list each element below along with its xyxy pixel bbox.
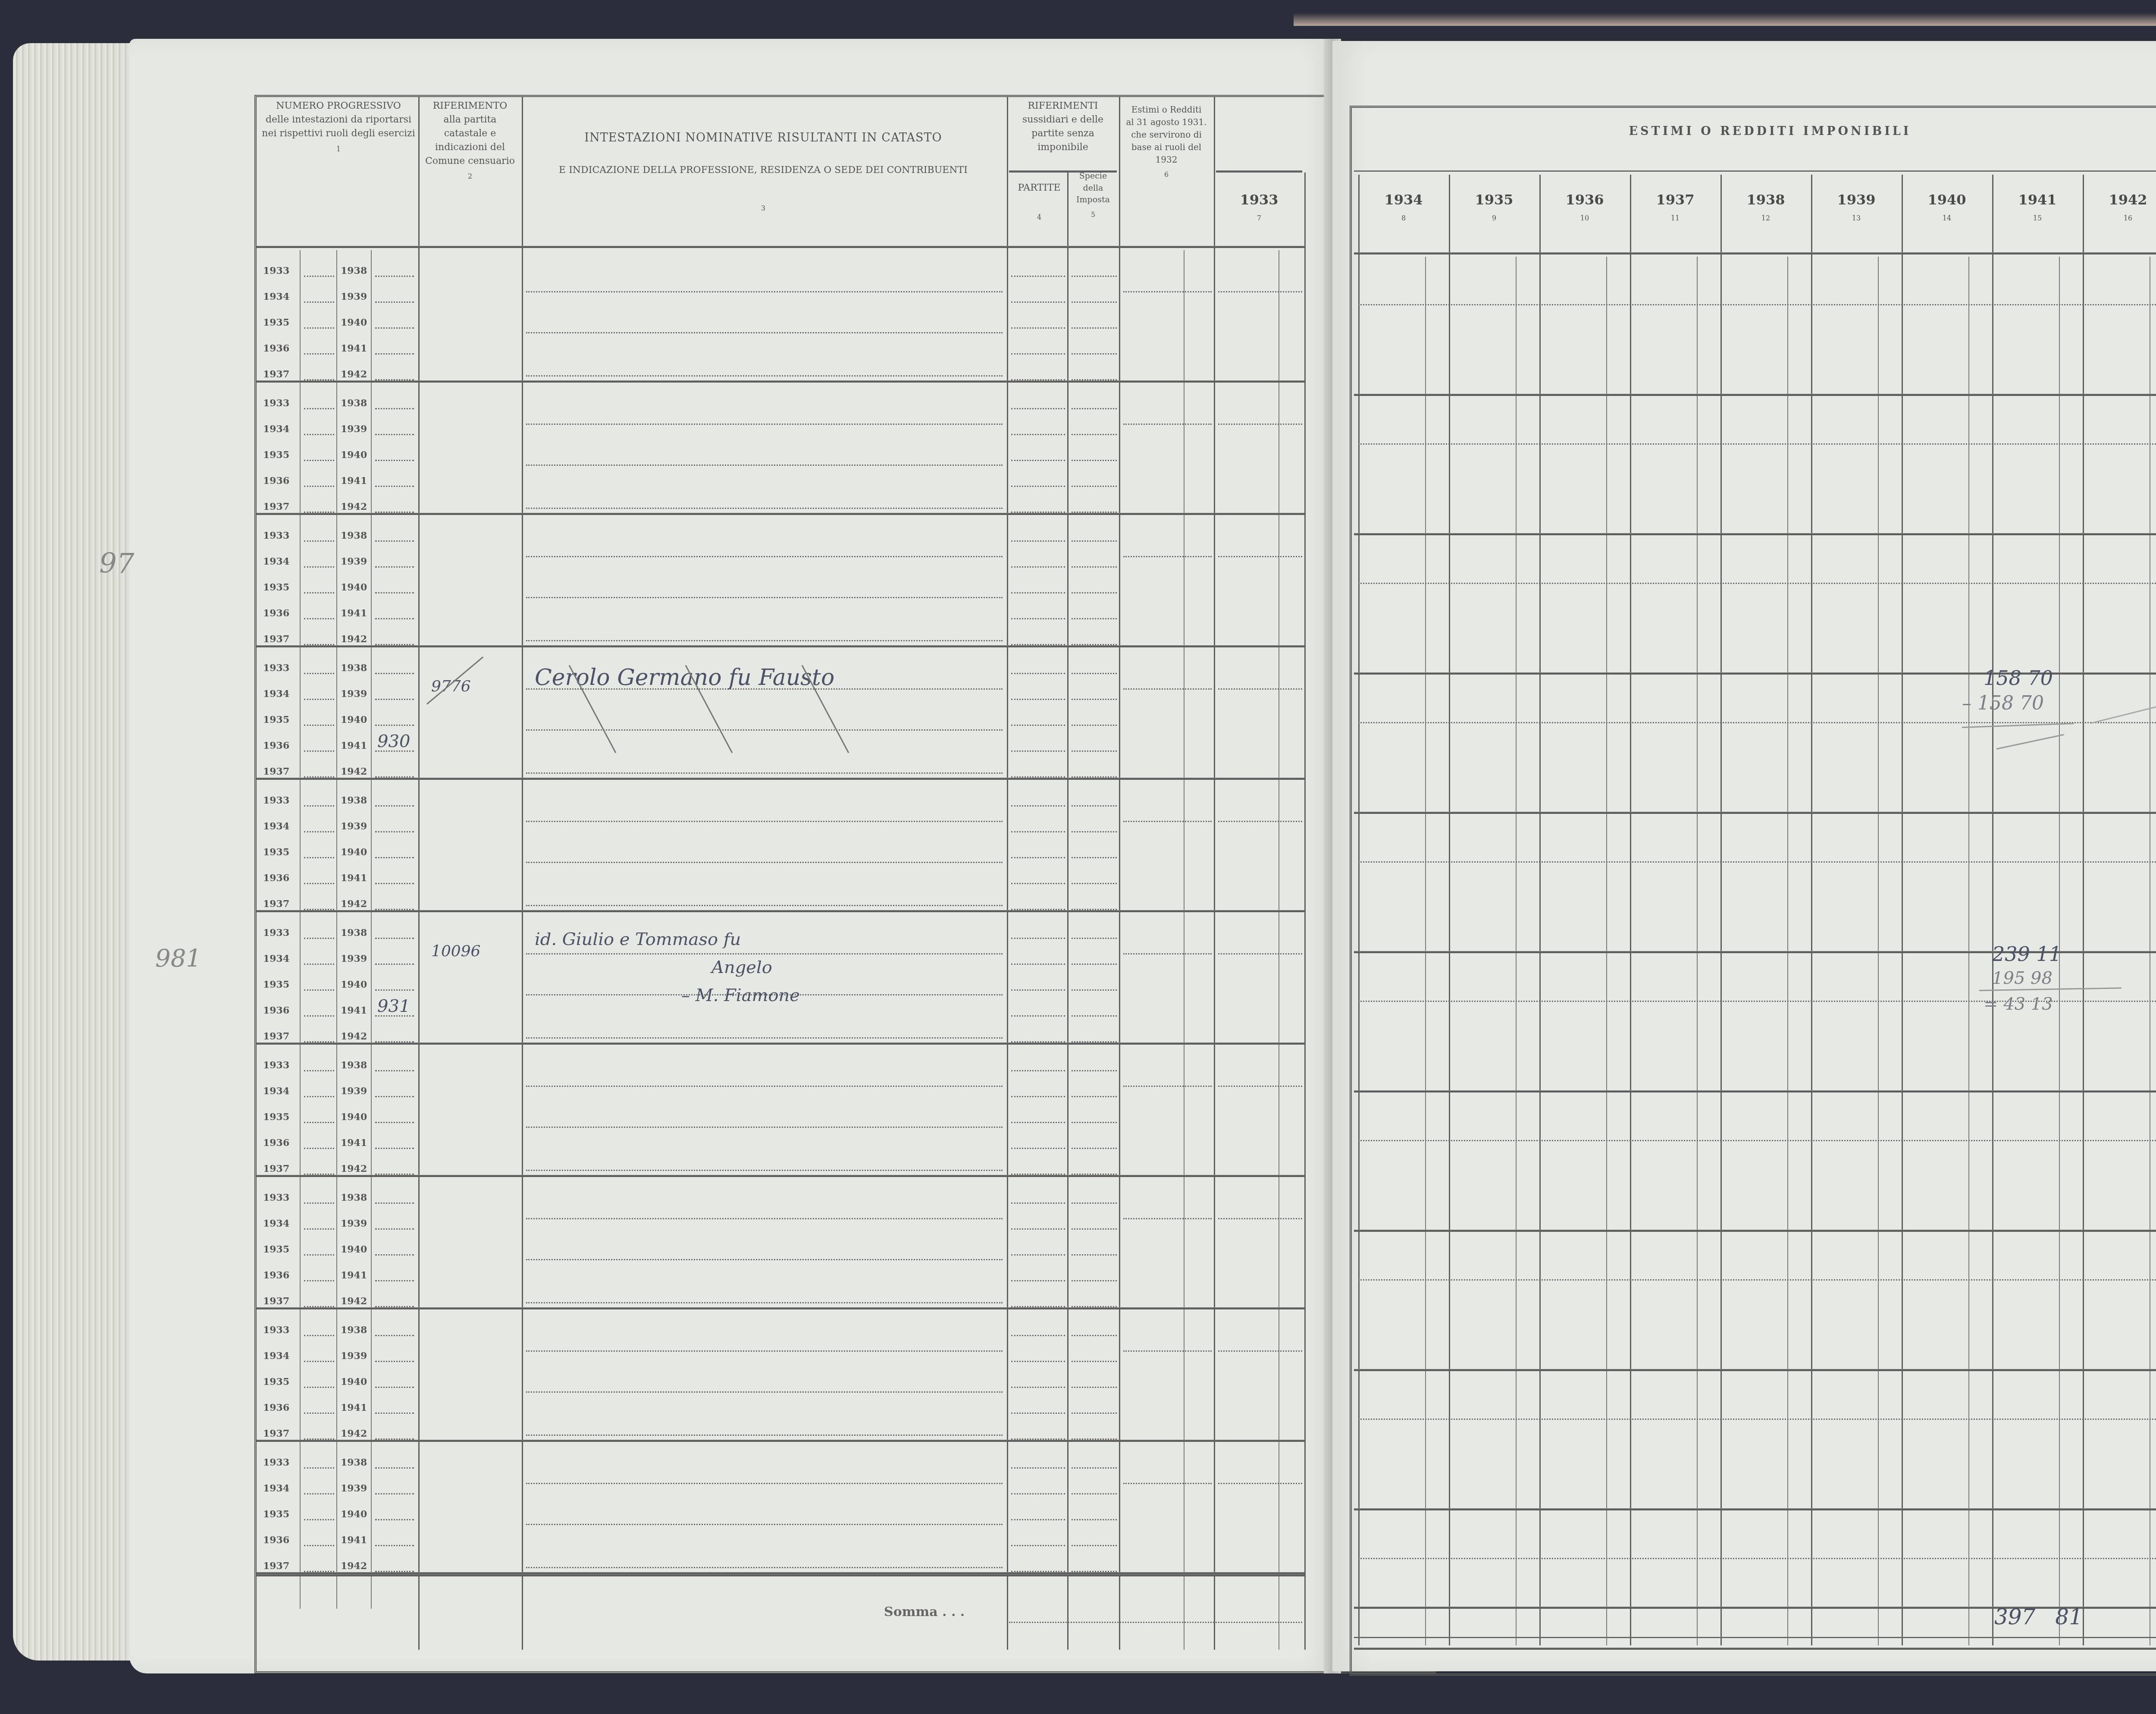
dotted-line [1011,1148,1065,1149]
year-label: 1939 [341,1218,367,1229]
year-label: 1942 [341,1428,367,1439]
dotted-line [1072,301,1117,303]
column-number: 2 [423,171,517,181]
dotted-line [526,1524,1003,1525]
dotted-line [1072,673,1117,674]
dotted-line [1072,1361,1117,1362]
dotted-line [1011,989,1065,991]
dotted-line [1011,1280,1065,1281]
dotted-line [304,486,334,487]
header-subtitle: sussidiari e delle partite senza imponib… [1009,113,1117,154]
dotted-line [1218,424,1302,425]
intestazione-line: – M. Fiamone [681,986,800,1005]
year-label: 1942 [341,501,367,512]
year-label: 1938 [341,1192,367,1203]
dotted-line [1072,592,1117,593]
year-label: 1941 [341,740,367,751]
year-label: 1936 [263,475,289,487]
year-label: 1939 [341,291,367,302]
year-label: 1936 [263,1137,289,1149]
dotted-line [1011,592,1065,593]
dotted-line [1072,618,1117,619]
header-year: 1937 [1630,190,1720,210]
dotted-line [1218,1350,1302,1352]
dotted-line [304,1228,334,1230]
year-label: 1937 [263,501,289,512]
dotted-line [1011,831,1065,832]
dotted-line [304,1015,334,1017]
left-page: NUMERO PROGRESSIVO delle intestazioni da… [129,39,1332,1673]
dotted-line [1072,938,1117,939]
entry-block: 1933193819341939193519401936194119371942… [129,912,1332,1045]
dotted-line [304,540,334,542]
dotted-line [526,1037,1003,1039]
column-number: 9 [1449,213,1539,223]
year-label: 1936 [263,608,289,619]
dotted-line [1072,1387,1117,1388]
year-label: 1938 [341,530,367,541]
dotted-line [1011,1070,1065,1071]
dotted-line [1011,434,1065,435]
dotted-line [1218,953,1302,954]
dotted-line [1072,1122,1117,1123]
dotted-line [526,597,1003,598]
dotted-line [1072,1335,1117,1336]
dotted-line [1123,291,1212,292]
dotted-line [1123,1218,1212,1219]
header-title: Estimi o Redditi [1121,104,1212,116]
dotted-line [304,1202,334,1204]
year-label: 1939 [341,688,367,700]
year-label: 1937 [263,1296,289,1307]
dotted-line [304,964,334,965]
entry-block: 1933193819341939193519401936194119371942… [129,647,1332,780]
dotted-line [1011,750,1065,752]
dotted-line [1011,486,1065,487]
dotted-line [304,566,334,568]
dotted-line [1072,964,1117,965]
year-label: 1933 [263,398,289,409]
header-partite: PARTITE 4 [1009,181,1069,222]
year-label: 1942 [341,766,367,777]
dotted-line [375,353,414,355]
header-year: 1942 [2083,190,2156,210]
dotted-line [1072,276,1117,277]
dotted-line [375,592,414,593]
dotted-line [526,508,1003,509]
dotted-line [1011,353,1065,355]
dotted-line [1072,989,1117,991]
dotted-line [526,375,1003,377]
dotted-line [1358,443,2156,445]
dotted-line [526,291,1003,292]
dotted-line [304,1387,334,1388]
block-separator [1354,1369,2156,1371]
year-label: 1939 [341,953,367,964]
year-label: 1935 [263,1244,289,1255]
dotted-line [375,1096,414,1097]
year-label: 1940 [341,714,367,725]
dotted-line [1072,1280,1117,1281]
year-label: 1933 [263,1060,289,1071]
dotted-line [375,1413,414,1414]
year-label: 1934 [263,821,289,832]
dotted-line [1011,301,1065,303]
column-number: 7 [1216,213,1302,223]
dotted-line [1123,556,1212,557]
year-label: 1937 [263,1428,289,1439]
year-label: 1934 [263,291,289,302]
year-label: 1940 [341,1509,367,1520]
somma-label: Somma . . . [884,1604,965,1620]
year-label: 1934 [263,1483,289,1494]
dotted-line [375,857,414,858]
dotted-line [1358,1140,2156,1141]
year-label: 1939 [341,556,367,567]
dotted-line [1218,1218,1302,1219]
dotted-line [1218,821,1302,822]
column-number: 4 [1009,212,1069,222]
dotted-line [304,1335,334,1336]
dotted-line [375,1519,414,1520]
header-subtitle: delle intestazioni da riportarsi nei ris… [259,113,418,141]
dotted-line [526,772,1003,774]
dotted-line [375,989,414,991]
dotted-line [375,938,414,939]
dotted-line [304,831,334,832]
dotted-line [1072,1096,1117,1097]
header-title: NUMERO PROGRESSIVO [259,99,418,113]
year-label: 1937 [263,766,289,777]
dotted-line [375,1254,414,1256]
dotted-line [1011,1413,1065,1414]
dotted-line [1011,857,1065,858]
year-label: 1935 [263,1111,289,1123]
year-label: 1942 [341,1296,367,1307]
dotted-line [1358,304,2156,305]
dotted-line [1011,1545,1065,1546]
year-label: 1938 [341,1325,367,1336]
dotted-line [304,805,334,807]
dotted-line [1072,831,1117,832]
entry-block: 1933193819341939193519401936194119371942 [129,250,1332,383]
dotted-line [1072,883,1117,884]
year-label: 1939 [341,1086,367,1097]
column-number: 6 [1121,170,1212,179]
header-year: 1936 [1539,190,1630,210]
dotted-line [304,1254,334,1256]
dotted-line [1011,276,1065,277]
dotted-line [304,1280,334,1281]
dotted-line [1011,1202,1065,1204]
year-label: 1941 [341,1402,367,1413]
dotted-line [526,729,1003,731]
year-label: 1940 [341,1244,367,1255]
somma-dotted-line [1009,1622,1302,1623]
year-label: 1937 [263,1163,289,1174]
year-label: 1941 [341,1270,367,1281]
dotted-line [526,1086,1003,1087]
dotted-line [1072,1202,1117,1204]
header-year: 1933 [1216,190,1302,210]
dotted-line [1072,1070,1117,1071]
dotted-line [375,725,414,726]
year-label: 1942 [341,1163,367,1174]
dotted-line [1072,460,1117,461]
header-specie-imposta: Specie della Imposta 5 [1069,170,1117,220]
dotted-line [375,1070,414,1071]
year-label: 1939 [341,1350,367,1362]
dotted-line [1011,1254,1065,1256]
header-year: 1941 [1992,190,2083,210]
year-label: 1938 [341,662,367,674]
header-estimi-1931: Estimi o Redditi al 31 agosto 1931. che … [1121,104,1212,179]
dotted-line [1011,1122,1065,1123]
column-number: 13 [1811,213,1902,223]
year-label: 1934 [263,424,289,435]
dotted-line [375,1335,414,1336]
dotted-line [1358,722,2156,723]
value-1941-entry6-result: = 43 13 [1984,994,2053,1014]
year-label: 1936 [263,740,289,751]
header-year-1937: 1937 11 [1630,190,1720,223]
dotted-line [375,540,414,542]
numero-progressivo: 931 [377,996,410,1016]
dotted-line [375,327,414,329]
dotted-line [526,1435,1003,1436]
dotted-line [526,1127,1003,1128]
column-number: 14 [1902,213,1992,223]
year-label: 1942 [341,1031,367,1042]
dotted-line [375,805,414,807]
year-label: 1938 [341,795,367,806]
year-label: 1933 [263,530,289,541]
year-label: 1941 [341,1005,367,1016]
year-label: 1942 [341,898,367,910]
header-bottom-rule [1354,252,2156,254]
dotted-line [1072,1228,1117,1230]
dotted-line [1072,540,1117,542]
year-label: 1933 [263,1457,289,1468]
dotted-line [1123,1483,1212,1484]
year-label: 1934 [263,1086,289,1097]
year-label: 1937 [263,1031,289,1042]
dotted-line [1011,1015,1065,1017]
dotted-line [304,1545,334,1546]
header-year-1936: 1936 10 [1539,190,1630,223]
dotted-line [1072,1015,1117,1017]
entry-block: 1933193819341939193519401936194119371942 [129,1442,1332,1574]
year-label: 1938 [341,265,367,276]
dotted-line [1218,1483,1302,1484]
dotted-line [375,1280,414,1281]
block-separator [1354,394,2156,396]
dotted-line [526,821,1003,822]
dotted-line [1123,1350,1212,1352]
dotted-line [304,1096,334,1097]
dotted-line [1011,1387,1065,1388]
book-cover-edge [1294,0,2156,26]
dotted-line [304,408,334,409]
dotted-line [304,725,334,726]
dotted-line [304,1148,334,1149]
year-label: 1936 [263,1270,289,1281]
header-year-1940: 1940 14 [1902,190,1992,223]
dotted-line [1011,1493,1065,1494]
dotted-line [304,301,334,303]
dotted-line [526,332,1003,333]
block-separator [1354,1648,2156,1650]
column-number: 11 [1630,213,1720,223]
entry-block: 1933193819341939193519401936194119371942 [129,383,1332,515]
header-year-1938: 1938 12 [1720,190,1811,223]
dotted-line [375,276,414,277]
dotted-line [1072,408,1117,409]
year-label: 1941 [341,873,367,884]
dotted-line [1072,1467,1117,1469]
dotted-line [1011,805,1065,807]
year-label: 1940 [341,847,367,858]
header-subtitle: al 31 agosto 1931. che servirono di base… [1121,116,1212,166]
header-intestazioni: INTESTAZIONI NOMINATIVE RISULTANTI IN CA… [526,129,1000,213]
dotted-line [375,1545,414,1546]
year-label: 1934 [263,953,289,964]
year-label: 1933 [263,662,289,674]
year-label: 1935 [263,1376,289,1388]
dotted-line [375,566,414,568]
header-bottom-rule [257,246,1304,248]
dotted-line [526,1567,1003,1568]
header-year-1935: 1935 9 [1449,190,1539,223]
dotted-line [1218,1086,1302,1087]
dotted-line [1011,1361,1065,1362]
dotted-line [1011,1228,1065,1230]
dotted-line [375,408,414,409]
dotted-line [375,883,414,884]
column-number: 12 [1720,213,1811,223]
dotted-line [1011,460,1065,461]
year-label: 1934 [263,556,289,567]
header-year: 1939 [1811,190,1902,210]
total-bottom-rule [1354,1637,2156,1638]
dotted-line [1011,1519,1065,1520]
intestazione-line: id. Giulio e Tommaso fu [535,929,741,949]
dotted-line [304,1519,334,1520]
dotted-line [1011,1335,1065,1336]
header-year: 1940 [1902,190,1992,210]
year-label: 1936 [263,1005,289,1016]
year-label: 1934 [263,1350,289,1362]
value-1941-entry4-correction: – 158 70 [1962,692,2044,714]
dotted-line [526,1483,1003,1484]
header-title: RIFERIMENTO [423,99,517,113]
dotted-line [304,1413,334,1414]
dotted-line [526,905,1003,906]
entry-block: 1933193819341939193519401936194119371942 [129,1309,1332,1442]
block-separator [1354,1230,2156,1232]
dotted-line [304,883,334,884]
dotted-line [375,1228,414,1230]
year-label: 1940 [341,1376,367,1388]
dotted-line [375,1467,414,1469]
dotted-line [375,1387,414,1388]
dotted-line [1072,1519,1117,1520]
year-label: 1933 [263,265,289,276]
dotted-line [304,699,334,700]
year-label: 1934 [263,688,289,700]
entry-block: 1933193819341939193519401936194119371942 [129,1177,1332,1309]
year-label: 1942 [341,634,367,645]
dotted-line [1358,1279,2156,1281]
dotted-line [375,434,414,435]
dotted-line [1358,861,2156,863]
dotted-line [1218,688,1302,690]
year-label: 1941 [341,1535,367,1546]
header-year: 1938 [1720,190,1811,210]
year-label: 1939 [341,1483,367,1494]
year-label: 1933 [263,927,289,939]
year-label: 1935 [263,317,289,328]
year-label: 1941 [341,608,367,619]
year-label: 1937 [263,1560,289,1572]
dotted-line [375,301,414,303]
dotted-line [1072,1413,1117,1414]
dotted-line [375,1148,414,1149]
dotted-line [1218,556,1302,557]
year-label: 1933 [263,795,289,806]
dotted-line [526,465,1003,466]
dotted-line [375,673,414,674]
dotted-line [1072,750,1117,752]
right-table-frame [1350,106,2156,1676]
dotted-line [1072,1254,1117,1256]
dotted-line [1358,583,2156,584]
dotted-line [526,862,1003,863]
dotted-line [375,486,414,487]
dotted-line [1123,424,1212,425]
header-year-1942: 1942 16 [2083,190,2156,223]
year-label: 1935 [263,582,289,593]
dotted-line [1011,699,1065,700]
dotted-line [1072,699,1117,700]
year-label: 1938 [341,1457,367,1468]
dotted-line [1072,327,1117,329]
dotted-line [526,424,1003,425]
header-year-1941: 1941 15 [1992,190,2083,223]
dotted-line [1011,566,1065,568]
year-label: 1935 [263,847,289,858]
dotted-line [1011,1467,1065,1469]
dotted-line [1072,486,1117,487]
entry-block: 1933193819341939193519401936194119371942 [129,515,1332,647]
dotted-line [1072,857,1117,858]
value-1941-entry4: 158 70 [1984,666,2053,690]
year-label: 1939 [341,424,367,435]
header-title: INTESTAZIONI NOMINATIVE RISULTANTI IN CA… [526,129,1000,146]
year-label: 1942 [341,1560,367,1572]
entry-block: 1933193819341939193519401936194119371942 [129,1045,1332,1177]
year-label: 1937 [263,898,289,910]
dotted-line [304,1493,334,1494]
year-label: 1935 [263,1509,289,1520]
year-label: 1936 [263,873,289,884]
column-number: 15 [1992,213,2083,223]
dotted-line [304,353,334,355]
dotted-line [1011,540,1065,542]
header-estimi-redditi-imponibili: ESTIMI O REDDITI IMPONIBILI [1358,123,2156,140]
dotted-line [375,618,414,619]
dotted-line [1011,408,1065,409]
